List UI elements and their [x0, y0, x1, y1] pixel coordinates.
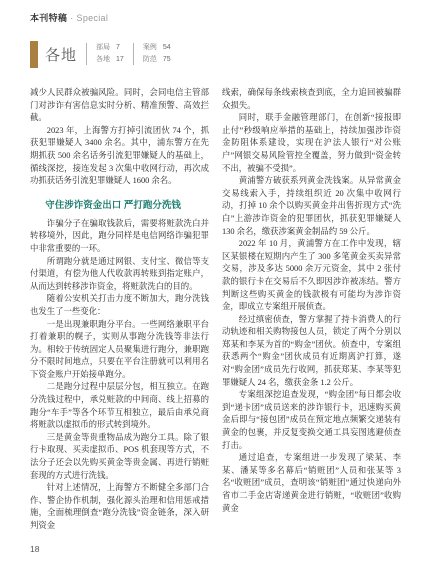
paragraph: 二是跑分过程中层层分包，相互独立。在跑分洗钱过程中，承兑赃款的中间商、线上招募的…	[30, 381, 209, 431]
paragraph: 黄浦警方破获系列黄金洗钱案。从异常黄金交易线索入手，持续组织近 20 次集中收网…	[222, 175, 401, 238]
stat-value: 7	[116, 43, 120, 53]
stat-label: 防范	[143, 55, 157, 65]
paragraph: 一是出现兼职跑分平台。一些网络兼职平台打着兼职的幌子，实则从事跑分洗钱等非法行为…	[30, 319, 209, 382]
paragraph: 专案组深挖追查发现，“购金团”每日都会收到“递卡团”成员送来的涉诈银行卡，迅速购…	[222, 389, 401, 452]
paragraph: 2023 年，上海警方打掉引流团伙 74 个，抓获犯罪嫌疑人 3400 余名。其…	[30, 125, 209, 188]
page-number: 18	[30, 544, 39, 554]
stat-value: 54	[163, 43, 171, 53]
paragraph: 三是黄金等贵重物品成为跑分工具。除了银行卡取现、买卖虚拟币、POS 机套现等方式…	[30, 432, 209, 482]
article-body: 减少人民群众被骗风险。同时，会同电信主管部门对涉诈有害信息实时分析、精准预警、高…	[30, 87, 401, 533]
paragraph: 经过缜密侦查，警方掌握了持卡消费人的行动轨迹和相关购物接包人员，锁定了两个分别以…	[222, 314, 401, 390]
running-head-title: 本刊特稿	[30, 13, 67, 23]
paragraph: 减少人民群众被骗风险。同时，会同电信主管部门对涉诈有害信息实时分析、精准预警、高…	[30, 87, 209, 125]
left-column: 减少人民群众被骗风险。同时，会同电信主管部门对涉诈有害信息实时分析、精准预警、高…	[30, 87, 209, 533]
stat-group: 案例 54 防范 75	[133, 43, 180, 65]
stat-label: 案例	[143, 43, 157, 53]
stat-label: 部局	[96, 43, 110, 53]
stat-row: 部局 7	[96, 43, 124, 53]
paragraph: 针对上述情况，上海警方不断健全多部门合作、警企协作机制，强化源头治理和信用惩戒措…	[30, 482, 209, 532]
paragraph: 所谓跑分就是通过网银、支付宝、微信等支付渠道，有偿为他人代收款再转账到指定账户，…	[30, 256, 209, 294]
stat-value: 75	[163, 55, 171, 65]
running-head-separator: ·	[70, 13, 73, 23]
section-stats: 部局 7 各地 17 案例 54 防范 75	[86, 42, 180, 66]
paragraph: 2022 年 10 月，黄浦警方在工作中发现，辖区某银楼在短期内产生了 300 …	[222, 238, 401, 314]
stat-group: 部局 7 各地 17	[86, 43, 133, 65]
stat-row: 案例 54	[143, 43, 171, 53]
paragraph: 通过追查，专案组进一步发现了梁某、李某、潘某等多名幕后“销赃团”人员和张某等 3…	[222, 452, 401, 515]
paragraph: 线索，确保每条线索核查到底，全力追回被骗群众损失。	[222, 87, 401, 112]
running-head-subtitle: Special	[77, 13, 109, 23]
section-tag: 各地 部局 7 各地 17 案例 54 防范 75	[30, 40, 180, 68]
stat-row: 各地 17	[96, 55, 124, 65]
section-label: 各地	[45, 44, 77, 65]
right-column: 线索，确保每条线索核查到底，全力追回被骗群众损失。同时，联手金融管理部门，在创新…	[222, 87, 401, 533]
paragraph: 随着公安机关打击力度不断加大，跑分洗钱也发生了一些变化：	[30, 293, 209, 318]
paragraph: 同时，联手金融管理部门，在创新“接报即止付”秒级响应举措的基础上，持续加强涉诈资…	[222, 112, 401, 175]
stat-value: 17	[116, 55, 124, 65]
section-heading: 守住涉诈资金出口 严打跑分洗钱	[30, 200, 209, 212]
stat-label: 各地	[96, 55, 110, 65]
magazine-page: 本刊特稿·Special 各地 部局 7 各地 17 案例 54	[0, 0, 427, 568]
accent-bar	[30, 41, 38, 68]
stat-row: 防范 75	[143, 55, 171, 65]
paragraph: 诈骗分子在骗取钱款后，需要将赃款洗白并转移境外，因此，跑分同样是电信网络诈骗犯罪…	[30, 218, 209, 256]
running-head: 本刊特稿·Special	[30, 13, 108, 24]
